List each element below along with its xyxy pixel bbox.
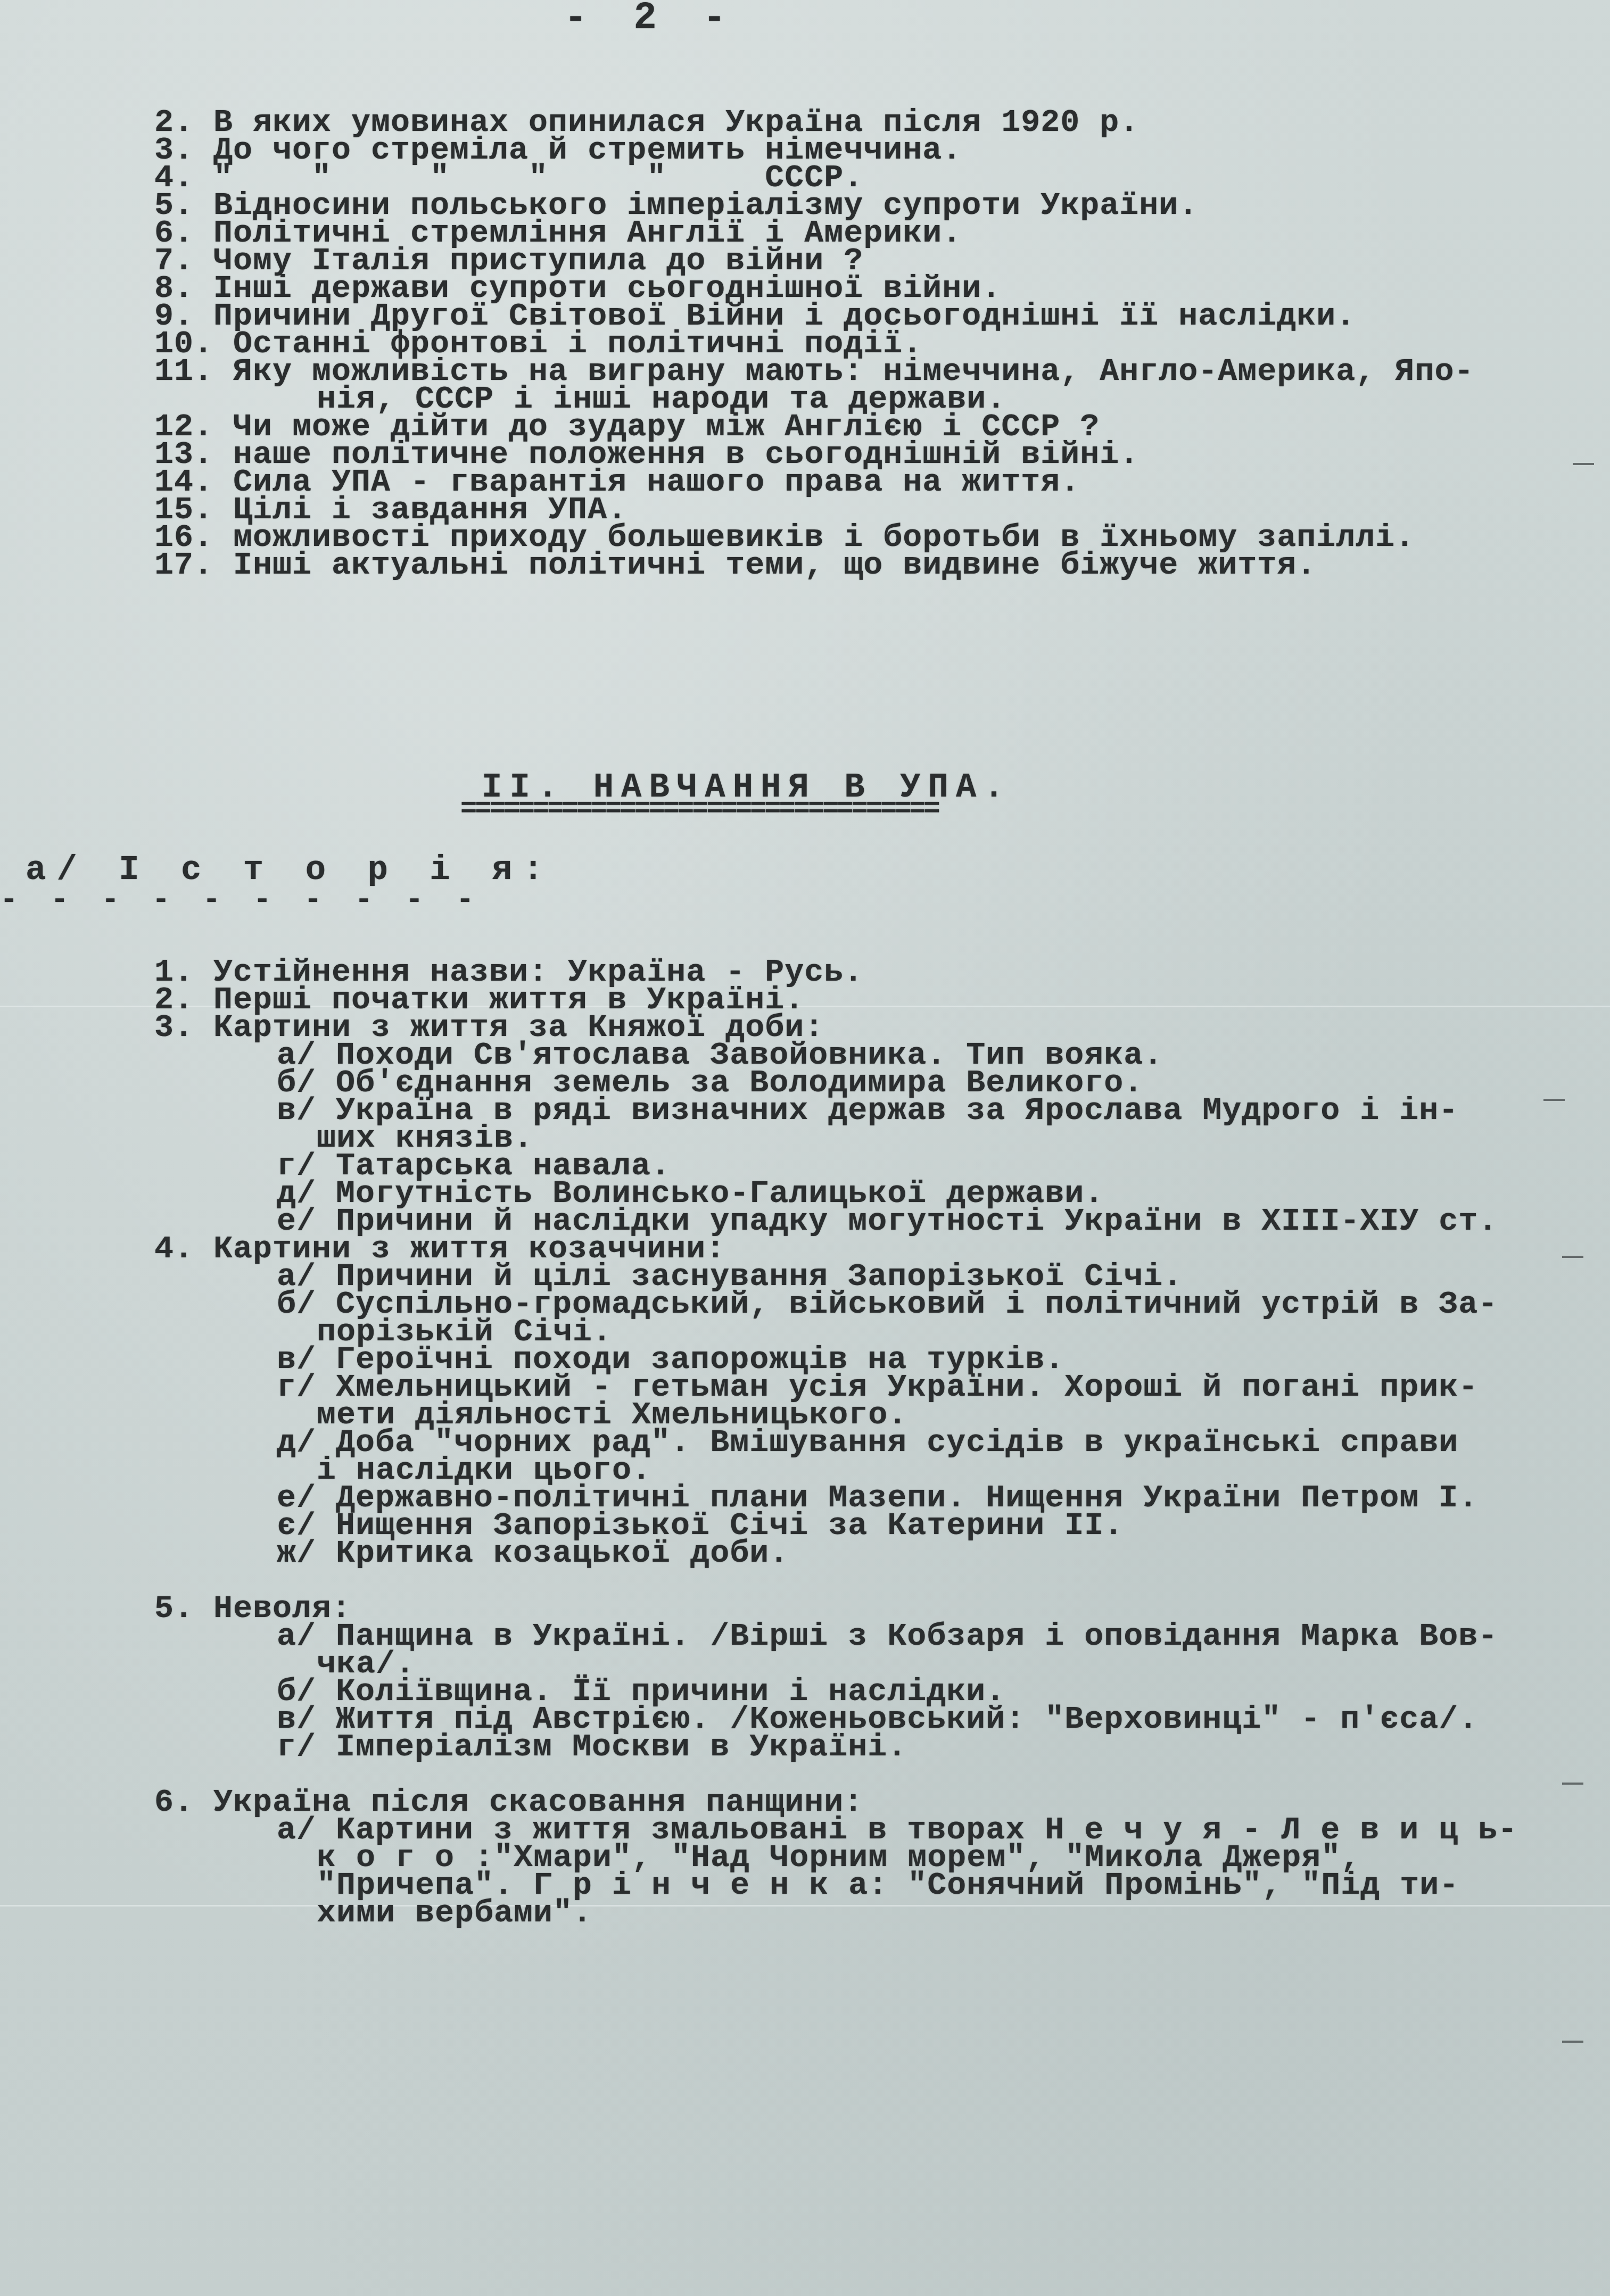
list-item: 17. Інші актуальні політичні теми, що ви… — [154, 552, 1474, 579]
history-topics-list: 1. Устійнення назви: Україна - Русь.2. П… — [154, 959, 1517, 1927]
section-title-underline: ================================= — [460, 795, 938, 823]
political-topics-list: 2. В яких умовинах опинилася Україна піс… — [154, 109, 1474, 579]
page-number: - 2 - — [564, 4, 738, 32]
subsection-title: а/ І с т о р і я: — [26, 857, 554, 884]
subsection-title-underline: - - - - - - - - - - — [0, 886, 482, 914]
